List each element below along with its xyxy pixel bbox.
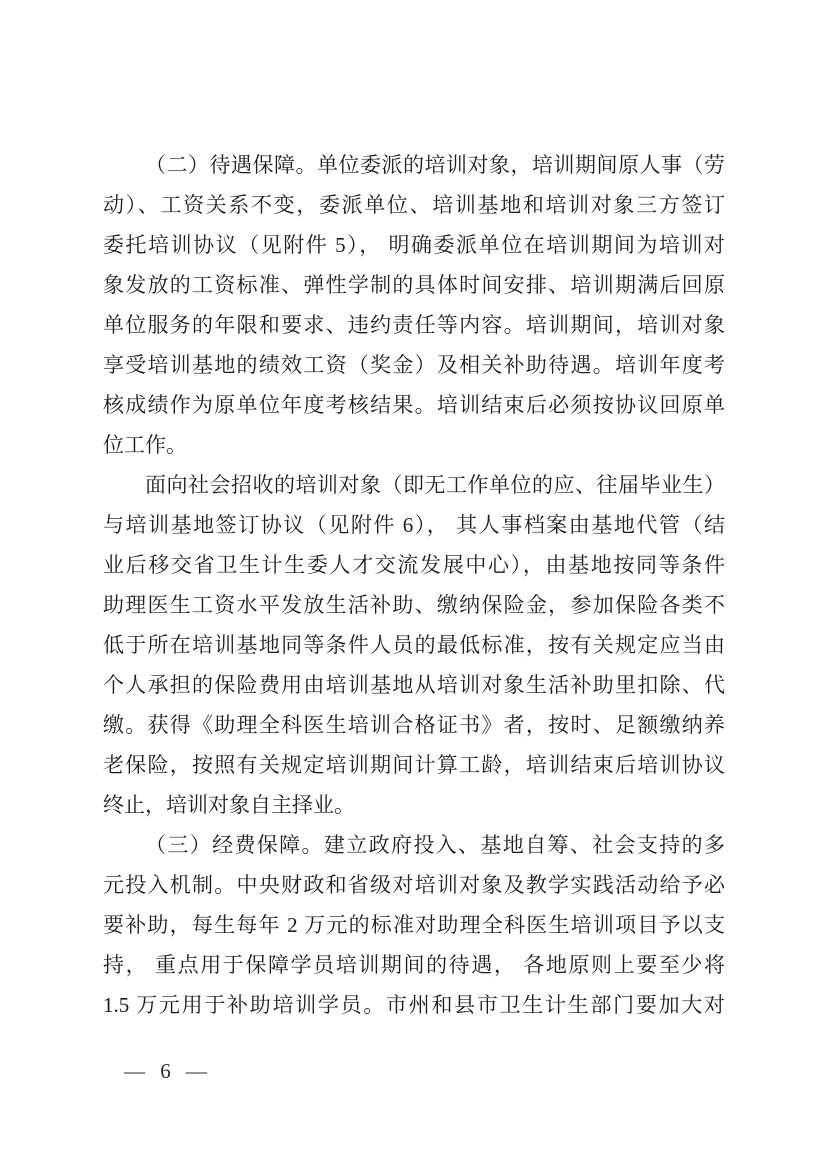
text-line: 委托培训协议（见附件 5）， 明确委派单位在培训期间为培训对 [103, 225, 725, 265]
text-line: 动）、工资关系不变，委派单位、培训基地和培训对象三方签订 [103, 185, 725, 225]
page-number: — 6 — [124, 1058, 209, 1084]
text-line: 老保险，按照有关规定培训期间计算工龄，培训结束后培训协议 [103, 745, 725, 785]
text-line: 位工作。 [103, 425, 725, 465]
text-line: 与培训基地签订协议（见附件 6）， 其人事档案由基地代管（结 [103, 505, 725, 545]
text-line: 助理医生工资水平发放生活补助、缴纳保险金，参加保险各类不 [103, 585, 725, 625]
text-line: 1.5 万元用于补助培训学员。市州和县市卫生计生部门要加大对 [103, 985, 725, 1025]
text-line: 核成绩作为原单位年度考核结果。培训结束后必须按协议回原单 [103, 385, 725, 425]
text-line: 持， 重点用于保障学员培训期间的待遇， 各地原则上要至少将 [103, 945, 725, 985]
text-line: （二）待遇保障。单位委派的培训对象，培训期间原人事（劳 [103, 145, 725, 185]
text-line: 享受培训基地的绩效工资（奖金）及相关补助待遇。培训年度考 [103, 345, 725, 385]
text-line: 低于所在培训基地同等条件人员的最低标准，按有关规定应当由 [103, 625, 725, 665]
document-page: （二）待遇保障。单位委派的培训对象，培训期间原人事（劳动）、工资关系不变，委派单… [0, 0, 826, 1169]
text-line: （三）经费保障。建立政府投入、基地自筹、社会支持的多 [103, 825, 725, 865]
text-line: 象发放的工资标准、弹性学制的具体时间安排、培训期满后回原 [103, 265, 725, 305]
text-line: 个人承担的保险费用由培训基地从培训对象生活补助里扣除、代 [103, 665, 725, 705]
text-line: 单位服务的年限和要求、违约责任等内容。培训期间，培训对象 [103, 305, 725, 345]
document-body: （二）待遇保障。单位委派的培训对象，培训期间原人事（劳动）、工资关系不变，委派单… [103, 145, 725, 1025]
text-line: 缴。获得《助理全科医生培训合格证书》者，按时、足额缴纳养 [103, 705, 725, 745]
text-line: 面向社会招收的培训对象（即无工作单位的应、往届毕业生） [103, 465, 725, 505]
text-line: 业后移交省卫生计生委人才交流发展中心），由基地按同等条件 [103, 545, 725, 585]
text-line: 元投入机制。中央财政和省级对培训对象及教学实践活动给予必 [103, 865, 725, 905]
text-line: 终止，培训对象自主择业。 [103, 785, 725, 825]
text-line: 要补助，每生每年 2 万元的标准对助理全科医生培训项目予以支 [103, 905, 725, 945]
